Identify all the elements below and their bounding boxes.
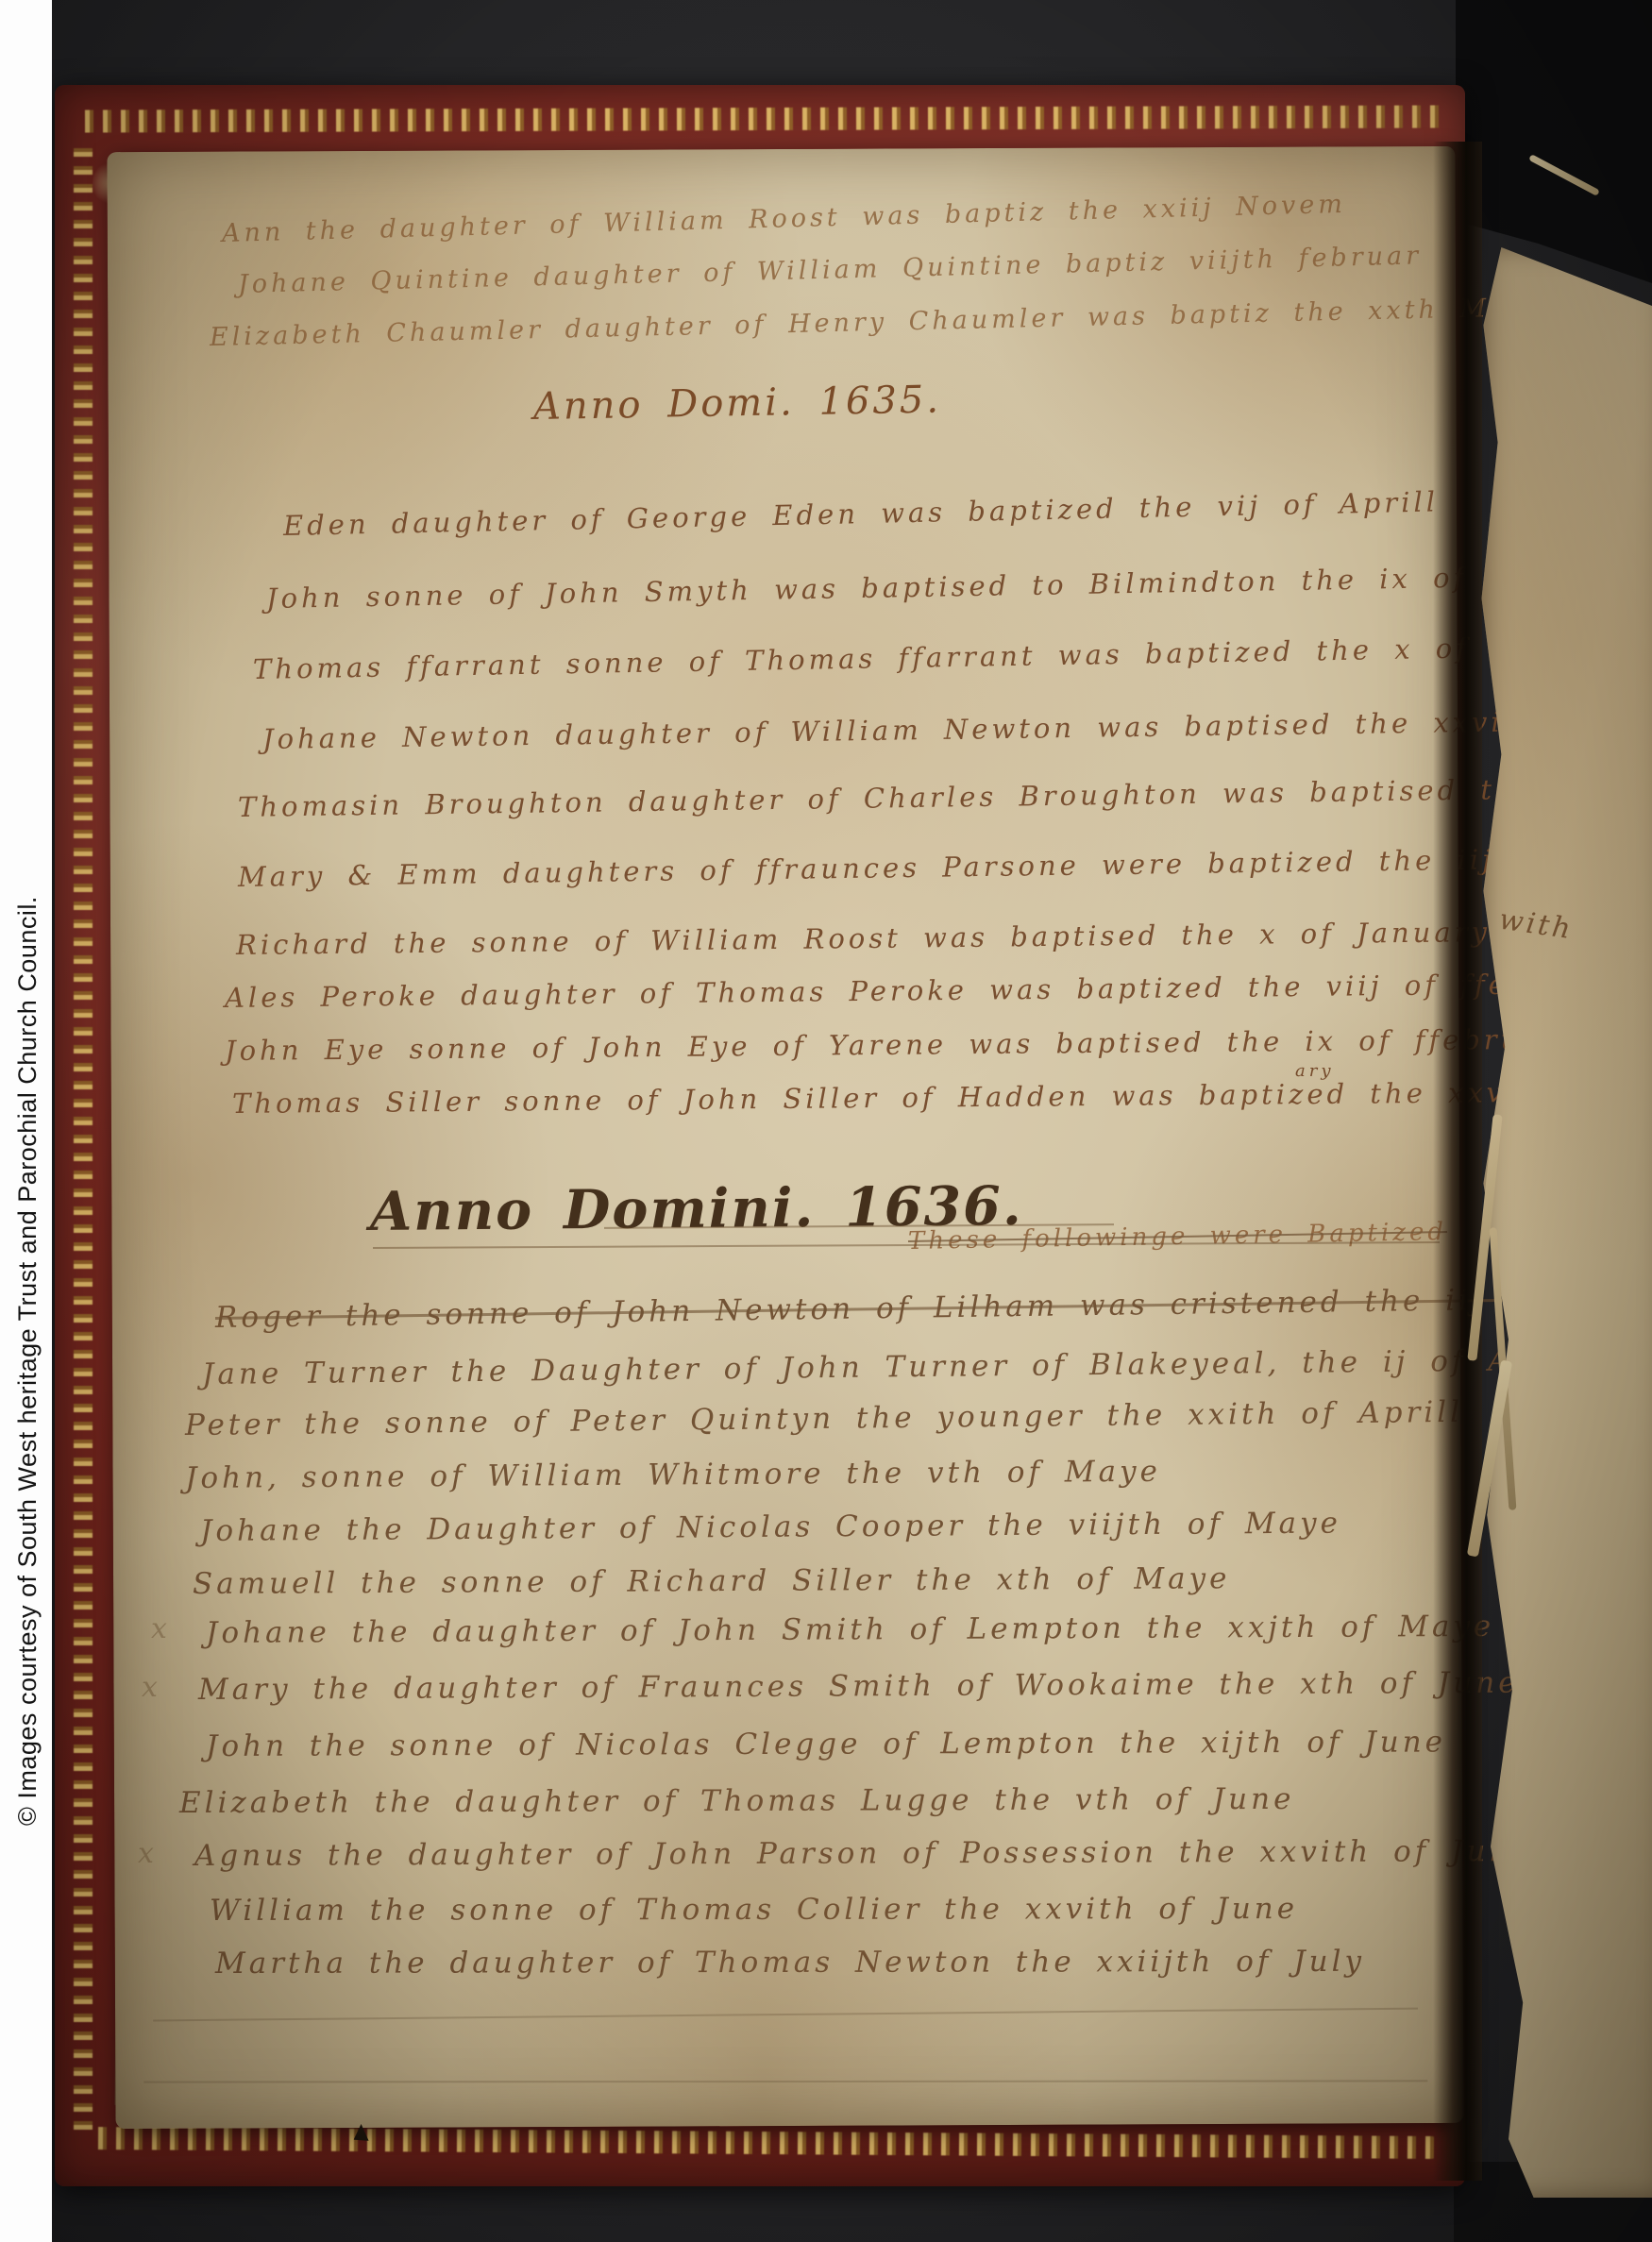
year-heading-1635: Anno Domi. 1635. <box>533 378 942 429</box>
register-entry: Samuell the sonne of Richard Siller the … <box>193 1561 1231 1601</box>
register-entry: William the sonne of Thomas Collier the … <box>210 1892 1298 1928</box>
superscript-annotation: ary <box>1295 1061 1335 1081</box>
gold-tooling-top <box>81 105 1448 132</box>
photographed-parish-register: Ann the daughter of William Roost was ba… <box>0 0 1652 2242</box>
margin-mark: x <box>151 1612 171 1645</box>
parchment-page <box>107 146 1463 2129</box>
register-entry: John, sonne of William Whitmore the vth … <box>185 1455 1161 1495</box>
copyright-strip: © Images courtesy of South West heritage… <box>0 0 52 2242</box>
copyright-notice: © Images courtesy of South West heritage… <box>13 896 42 1826</box>
register-entry: Johane the daughter of John Smith of Lem… <box>206 1610 1494 1650</box>
parchment-crease <box>143 2080 1427 2082</box>
gold-tooling-left <box>74 142 93 2133</box>
register-entry: John the sonne of Nicolas Clegge of Lemp… <box>206 1725 1446 1763</box>
page-gutter-shadow <box>1433 142 1482 2181</box>
margin-mark: x <box>142 1671 161 1704</box>
parchment-crease <box>153 2008 1418 2022</box>
register-entry: Agnus the daughter of John Parson of Pos… <box>194 1834 1533 1873</box>
register-entry: Mary the daughter of Fraunces Smith of W… <box>198 1666 1520 1707</box>
margin-mark: x <box>138 1837 158 1870</box>
register-entry: Martha the daughter of Thomas Newton the… <box>215 1945 1365 1981</box>
register-entry: Elizabeth the daughter of Thomas Lugge t… <box>179 1782 1295 1820</box>
